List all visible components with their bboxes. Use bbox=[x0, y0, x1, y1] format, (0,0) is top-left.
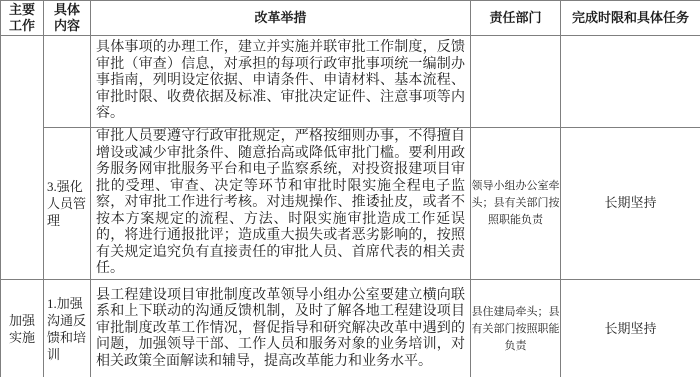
cell-deadline: 长期坚持 bbox=[561, 128, 700, 280]
cell-specific-content bbox=[44, 36, 91, 128]
table-row: 3.强化人员管理 审批人员要遵守行政审批规定，严格按细则办事，不得擅自增设或减少… bbox=[1, 128, 700, 280]
cell-reform-measure: 县工程建设项目审批制度改革领导小组办公室要建立横向联系和上下联动的沟通反馈机制，… bbox=[91, 279, 471, 377]
cell-deadline: 长期坚持 bbox=[561, 279, 700, 377]
cell-reform-measure: 具体事项的办理工作，建立并实施并联审批工作制度，反馈审批（审查）信息，对承担的每… bbox=[91, 36, 471, 128]
header-main-work: 主要工作 bbox=[1, 1, 44, 36]
table-row: 具体事项的办理工作，建立并实施并联审批工作制度，反馈审批（审查）信息，对承担的每… bbox=[1, 36, 700, 128]
header-deadline: 完成时限和具体任务 bbox=[561, 1, 700, 36]
table-header-row: 主要工作 具体内容 改革举措 责任部门 完成时限和具体任务 bbox=[1, 1, 700, 36]
cell-deadline bbox=[561, 36, 700, 128]
cell-specific-content: 1.加强沟通反馈和培训 bbox=[44, 279, 91, 377]
header-specific-content: 具体内容 bbox=[44, 1, 91, 36]
table-row: 加强实施 1.加强沟通反馈和培训 县工程建设项目审批制度改革领导小组办公室要建立… bbox=[1, 279, 700, 377]
cell-main-work bbox=[1, 36, 44, 280]
cell-specific-content: 3.强化人员管理 bbox=[44, 128, 91, 280]
header-reform-measure: 改革举措 bbox=[91, 1, 471, 36]
cell-responsible-dept: 县住建局牵头；县有关部门按照职能负责 bbox=[471, 279, 561, 377]
cell-main-work: 加强实施 bbox=[1, 279, 44, 377]
cell-responsible-dept bbox=[471, 36, 561, 128]
cell-reform-measure: 审批人员要遵守行政审批规定，严格按细则办事，不得擅自增设或减少审批条件、随意抬高… bbox=[91, 128, 471, 280]
header-responsible-dept: 责任部门 bbox=[471, 1, 561, 36]
cell-responsible-dept: 领导小组办公室牵头；县有关部门按照职能负责 bbox=[471, 128, 561, 280]
document-page: 主要工作 具体内容 改革举措 责任部门 完成时限和具体任务 具体事项的办理工作，… bbox=[0, 0, 700, 377]
reform-measures-table: 主要工作 具体内容 改革举措 责任部门 完成时限和具体任务 具体事项的办理工作，… bbox=[0, 0, 700, 377]
